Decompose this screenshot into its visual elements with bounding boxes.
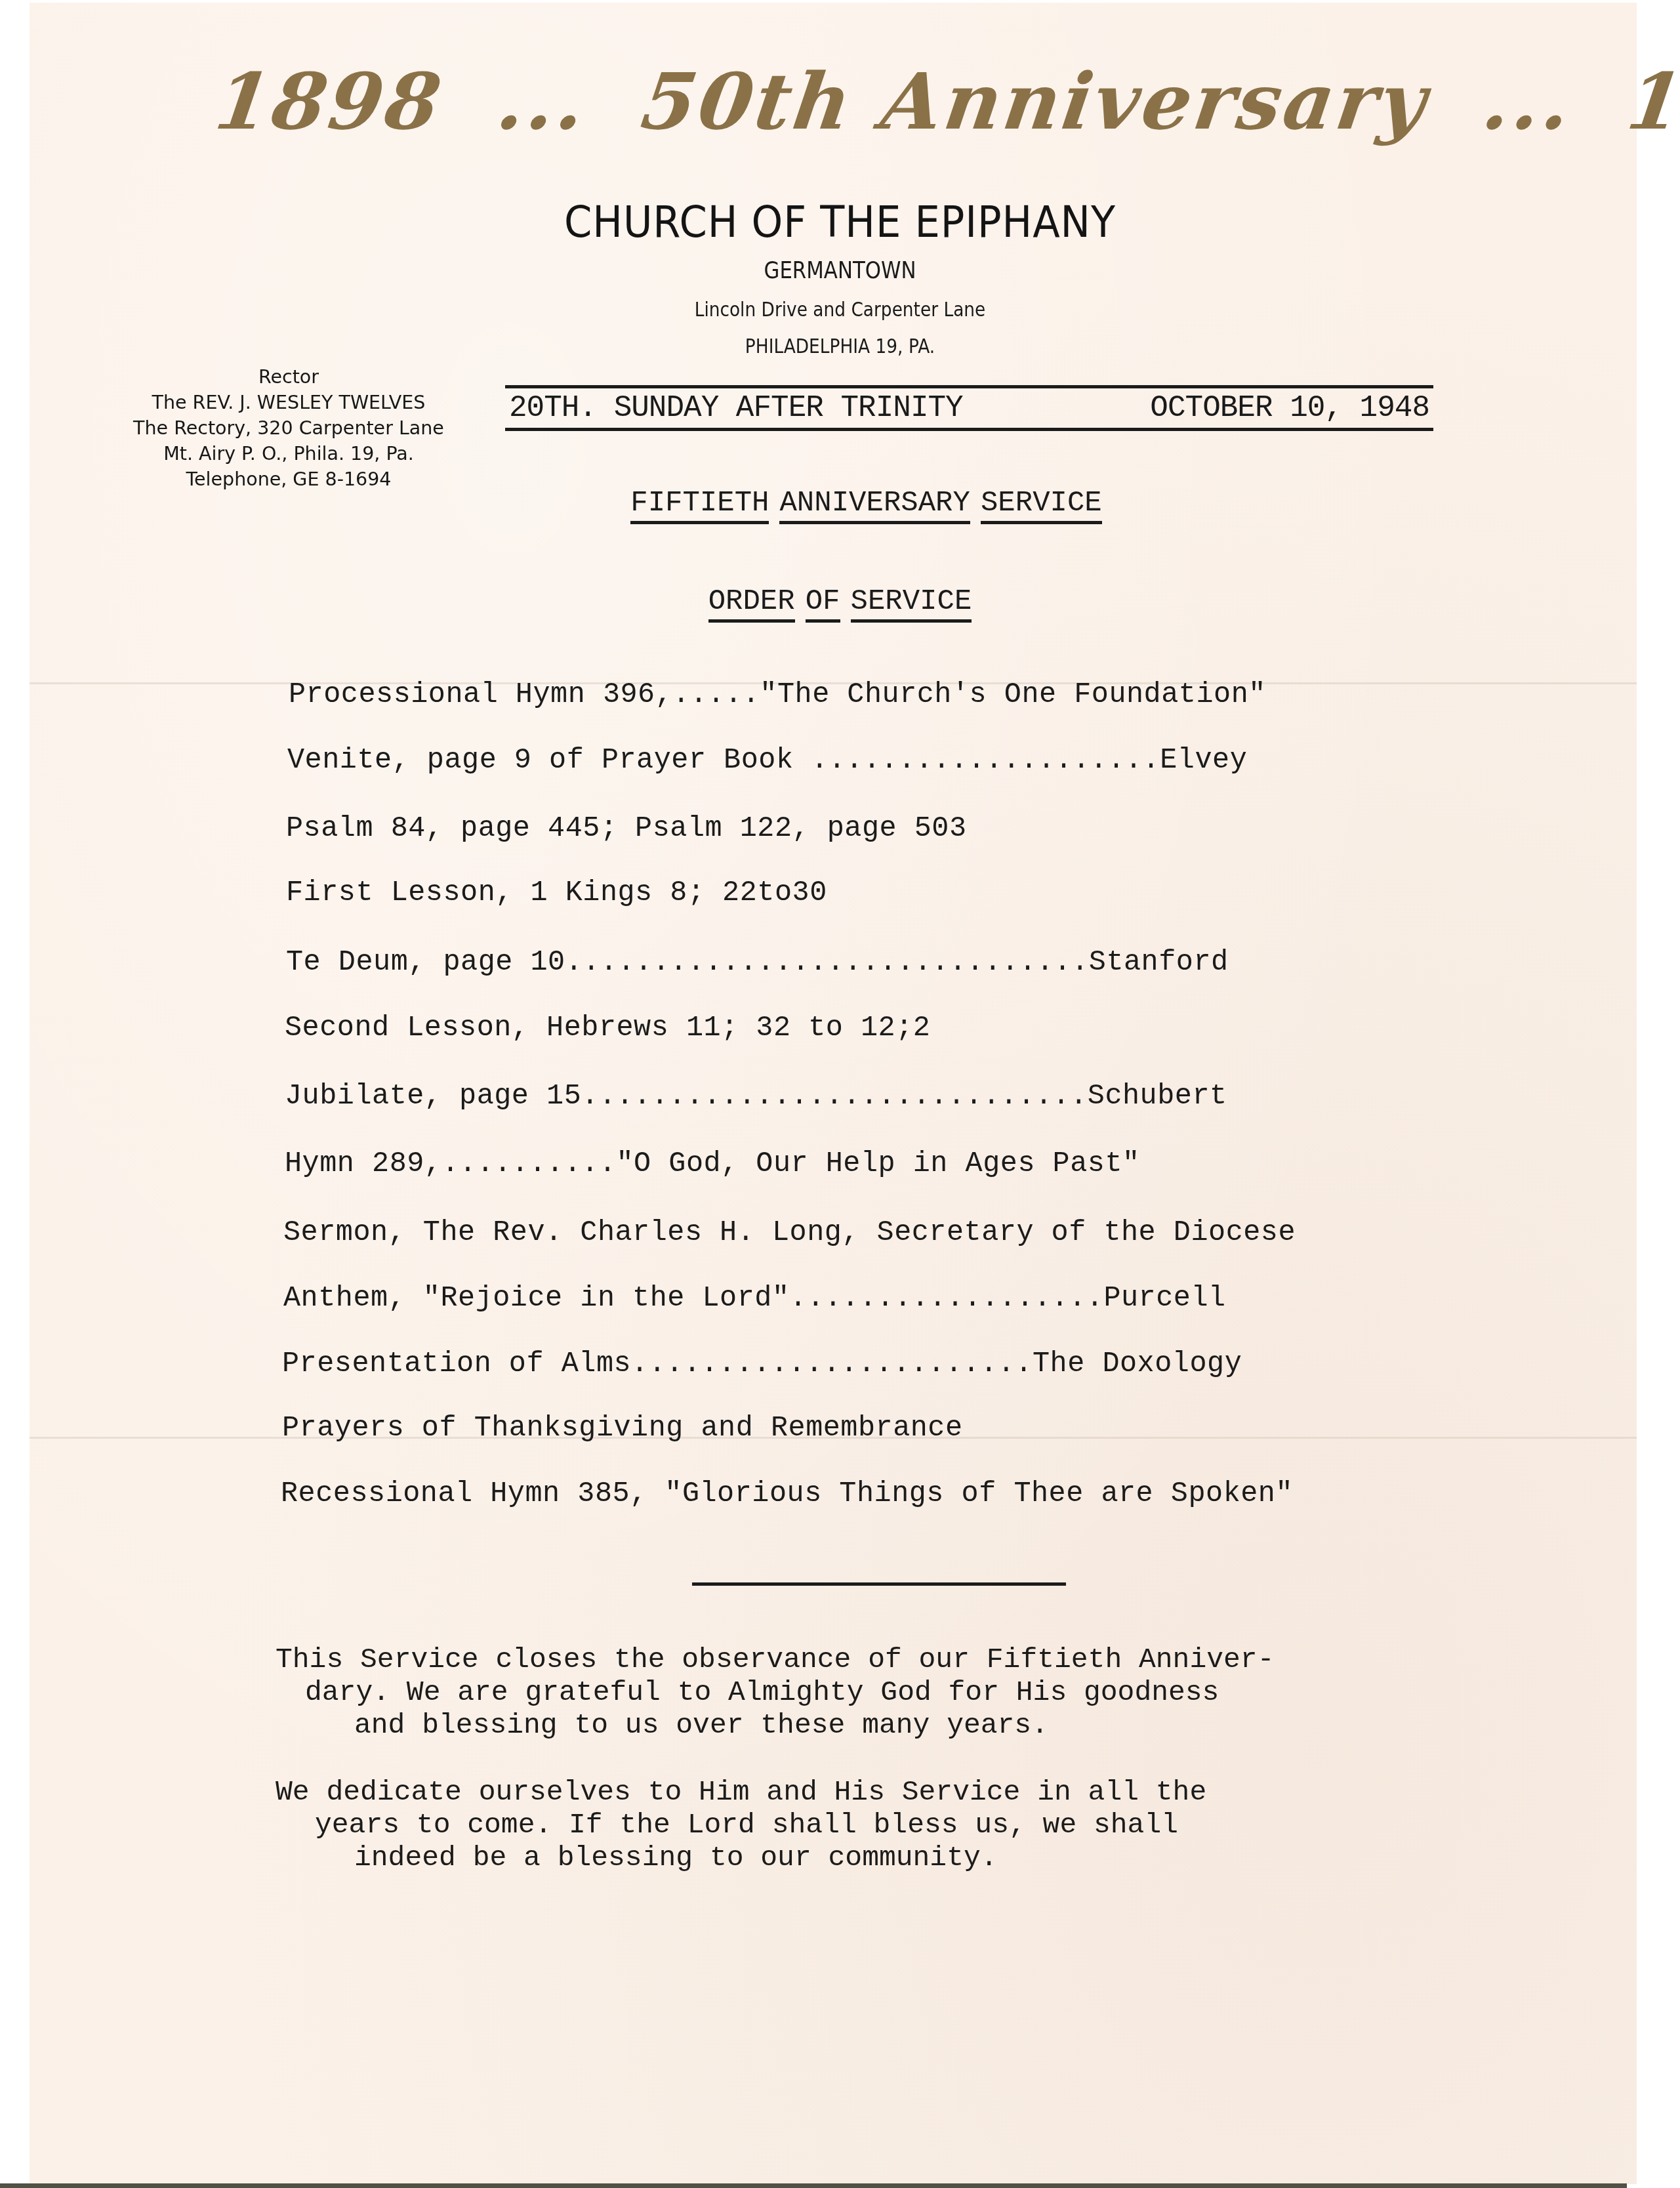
list-item: Jubilate, page 15.......................… (285, 1081, 1227, 1113)
closing-paragraph-1: This Service closes the observance of ou… (276, 1643, 1456, 1742)
title-word: ORDER (708, 585, 795, 623)
closing-line: This Service closes the observance of ou… (276, 1643, 1456, 1676)
scan-edge (0, 2183, 1627, 2188)
closing-paragraph-2: We dedicate ourselves to Him and His Ser… (276, 1776, 1456, 1874)
title-word: ANNIVERSARY (779, 487, 970, 524)
church-name: CHURCH OF THE EPIPHANY (67, 197, 1612, 247)
service-title: FIFTIETHANNIVERSARYSERVICE (26, 487, 1680, 524)
title-word: OF (806, 585, 840, 623)
church-address: Lincoln Drive and Carpenter Lane (101, 299, 1580, 321)
anniversary-separator: ... (492, 56, 594, 147)
list-item: Sermon, The Rev. Charles H. Long, Secret… (283, 1217, 1296, 1249)
closing-line: indeed be a blessing to our community. (354, 1842, 1535, 1874)
list-item: Hymn 289,.........."O God, Our Help in A… (285, 1148, 1140, 1180)
list-item: Processional Hymn 396,....."The Church's… (289, 679, 1266, 711)
date-bar: 20TH. SUNDAY AFTER TRINITY OCTOBER 10, 1… (505, 385, 1433, 431)
rectory-address: The Rectory, 320 Carpenter Lane (85, 415, 492, 441)
title-word: SERVICE (851, 585, 972, 623)
list-item: Second Lesson, Hebrews 11; 32 to 12;2 (285, 1012, 930, 1044)
anniversary-start-year: 1898 (210, 56, 449, 147)
service-date: OCTOBER 10, 1948 (1150, 391, 1429, 425)
anniversary-end-year: 1948 (1622, 56, 1680, 147)
title-word: SERVICE (981, 487, 1102, 524)
closing-line: We dedicate ourselves to Him and His Ser… (276, 1776, 1456, 1809)
section-divider (692, 1582, 1066, 1586)
list-item: Te Deum, page 10........................… (286, 947, 1229, 979)
rector-name: The REV. J. WESLEY TWELVES (85, 390, 492, 415)
anniversary-label: 50th Anniversary (636, 56, 1435, 147)
order-of-service-title: ORDEROFSERVICE (0, 585, 1680, 623)
list-item: Anthem, "Rejoice in the Lord"...........… (283, 1283, 1226, 1315)
closing-line: dary. We are grateful to Almighty God fo… (305, 1676, 1486, 1709)
closing-line: and blessing to us over these many years… (354, 1709, 1535, 1742)
rector-post-office: Mt. Airy P. O., Phila. 19, Pa. (85, 441, 492, 466)
anniversary-banner: 1898 ... 50th Anniversary ... 1948 (210, 56, 1496, 147)
rector-info: Rector The REV. J. WESLEY TWELVES The Re… (85, 364, 492, 492)
title-word: FIFTIETH (630, 487, 769, 524)
anniversary-separator: ... (1477, 56, 1579, 147)
list-item: Recessional Hymn 385, "Glorious Things o… (281, 1478, 1293, 1510)
list-item: Psalm 84, page 445; Psalm 122, page 503 (286, 813, 967, 845)
church-district: GERMANTOWN (101, 258, 1580, 284)
list-item: Venite, page 9 of Prayer Book ..........… (287, 745, 1247, 777)
list-item: Prayers of Thanksgiving and Remembrance (282, 1413, 963, 1445)
liturgical-occasion: 20TH. SUNDAY AFTER TRINITY (509, 391, 963, 425)
church-city: PHILADELPHIA 19, PA. (101, 335, 1580, 358)
rector-title: Rector (85, 364, 492, 390)
list-item: Presentation of Alms....................… (282, 1348, 1242, 1380)
list-item: First Lesson, 1 Kings 8; 22to30 (286, 877, 827, 909)
closing-line: years to come. If the Lord shall bless u… (315, 1809, 1496, 1842)
